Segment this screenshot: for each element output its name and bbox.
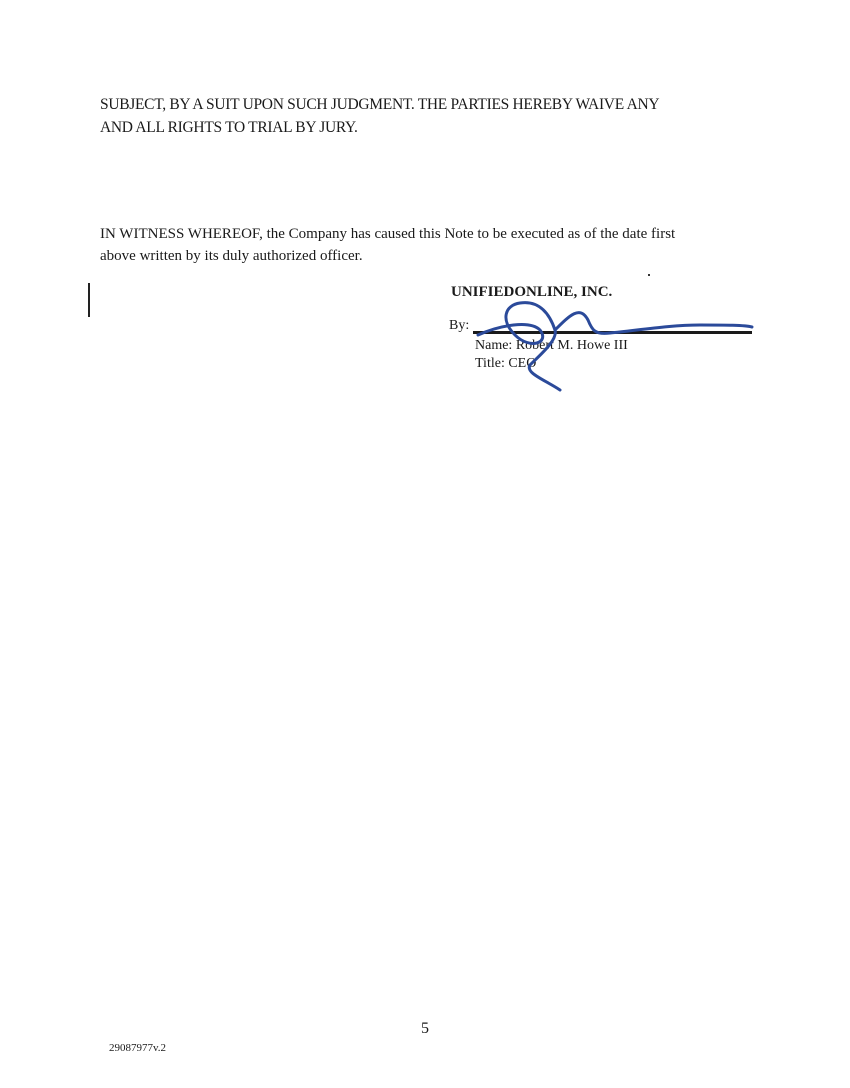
paragraph-2-line-2: above written by its duly authorized off… <box>100 248 363 265</box>
page-number: 5 <box>421 1020 429 1038</box>
paragraph-1-line-2: AND ALL RIGHTS TO TRIAL BY JURY. <box>100 119 358 137</box>
witness-lead: IN WITNESS WHEREOF, <box>100 226 263 242</box>
witness-rest: the Company has caused this Note to be e… <box>263 226 675 242</box>
document-id: 29087977v.2 <box>109 1042 166 1054</box>
stray-dot <box>648 274 650 276</box>
by-label: By: <box>449 318 469 334</box>
text-cursor-bar <box>88 283 90 317</box>
paragraph-2-line-1: IN WITNESS WHEREOF, the Company has caus… <box>100 226 675 243</box>
paragraph-1-line-1: SUBJECT, BY A SUIT UPON SUCH JUDGMENT. T… <box>100 96 659 114</box>
handwritten-signature-icon <box>470 295 760 395</box>
